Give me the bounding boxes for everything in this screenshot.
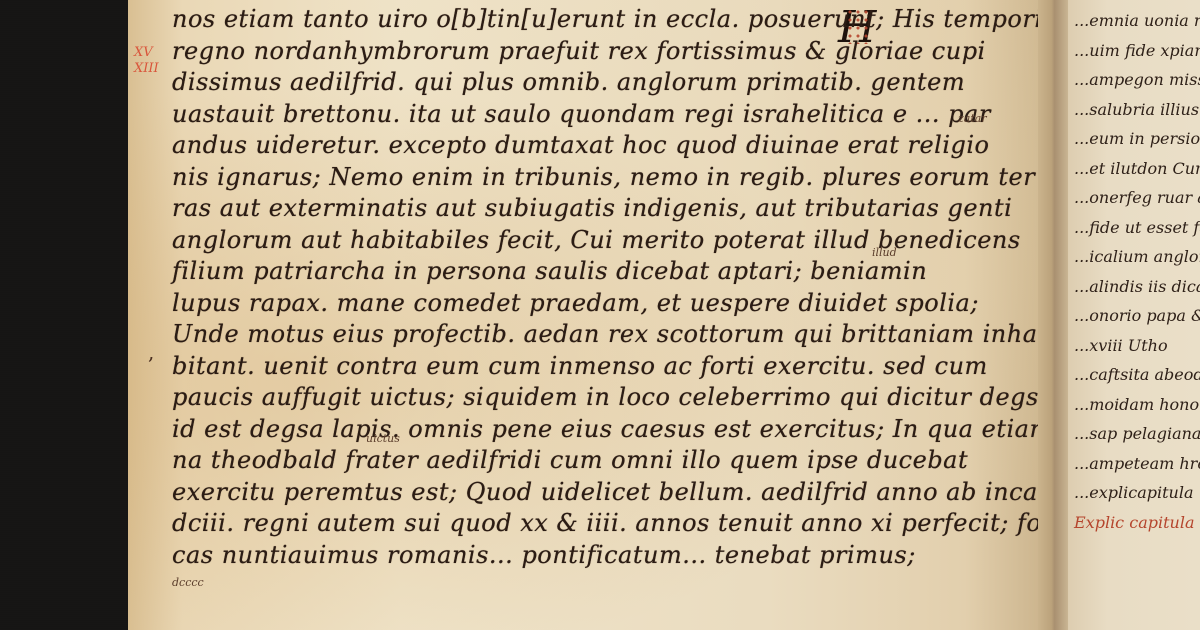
text-line: ...onerfeg ruar a <box>1074 183 1200 213</box>
text-line: ...xviii Utho <box>1074 331 1200 361</box>
black-backing-cloth <box>0 0 128 630</box>
text-line: ...sap pelagianah q <box>1074 419 1200 449</box>
text-line: filium patriarcha in persona saulis dice… <box>172 256 1042 288</box>
text-line: na theodbald frater aedilfridi cum omni … <box>172 445 1042 477</box>
text-line: ...emnia uonia rad <box>1074 6 1200 36</box>
text-line: ...et ilutdon Cum p <box>1074 154 1200 184</box>
text-line: nis ignarus; Nemo enim in tribunis, nemo… <box>172 162 1042 194</box>
text-line: ...caftsita abeodam pa <box>1074 360 1200 390</box>
text-line: ras aut exterminatis aut subiugatis indi… <box>172 193 1042 225</box>
text-line: ...eum in persione m <box>1074 124 1200 154</box>
text-line: ...explicapitula <box>1074 478 1200 508</box>
text-line: ...moidam honor & <box>1074 390 1200 420</box>
text-line: ...salubria illius <box>1074 95 1200 125</box>
text-line: ...fide ut esset factus <box>1074 213 1200 243</box>
rubric-heading: Explic capitula <box>1074 508 1200 538</box>
text-line: ...onorio papa & ho <box>1074 301 1200 331</box>
text-line: dciii. regni autem sui quod xx & iiii. a… <box>172 508 1042 540</box>
text-line: ...ampeteam hrope <box>1074 449 1200 479</box>
text-line: ...ampegon missis litte <box>1074 65 1200 95</box>
interlinear-gloss: uictus <box>366 432 400 445</box>
text-line: id est degsa lapis. omnis pene eius caes… <box>172 414 1042 446</box>
text-line: Unde motus eius profectib. aedan rex sco… <box>172 319 1042 351</box>
interlinear-gloss: illud <box>872 246 897 259</box>
text-line: exercitu peremtus est; Quod uidelicet be… <box>172 477 1042 509</box>
text-line: lupus rapax. mane comedet praedam, et ue… <box>172 288 1042 320</box>
text-line: ...alindis iis dicau <box>1074 272 1200 302</box>
recto-text-block: nos etiam tanto uiro o[b]tin[u]erunt in … <box>172 4 1042 571</box>
text-line: paucis auffugit uictus; siquidem in loco… <box>172 382 1042 414</box>
text-line: uastauit brettonu. ita ut saulo quondam … <box>172 99 1042 131</box>
verso-text-block: ...emnia uonia rad ...uim fide xpianae .… <box>1074 6 1200 537</box>
text-line: bitant. uenit contra eum cum inmenso ac … <box>172 351 1042 383</box>
text-line: anglorum aut habitabiles fecit, Cui meri… <box>172 225 1042 257</box>
interlinear-gloss: dcccc <box>172 576 204 589</box>
margin-mark: , <box>148 340 154 364</box>
rubric-chapter-number-xv: XV <box>134 46 153 60</box>
text-line: nos etiam tanto uiro o[b]tin[u]erunt in … <box>172 4 1042 36</box>
text-line: ...uim fide xpianae <box>1074 36 1200 66</box>
text-line: regno nordanhymbrorum praefuit rex forti… <box>172 36 1042 68</box>
manuscript-verso-page: ...emnia uonia rad ...uim fide xpianae .… <box>1068 0 1200 630</box>
text-line: andus uideretur. excepto dumtaxat hoc qu… <box>172 130 1042 162</box>
text-line: cas nuntiauimus romanis... pontificatum.… <box>172 540 1042 572</box>
rubric-chapter-number-xiii: XIII <box>134 62 159 76</box>
interlinear-gloss: zatar <box>958 112 987 125</box>
text-line: dissimus aedilfrid. qui plus omnib. angl… <box>172 67 1042 99</box>
book-gutter <box>1038 0 1068 630</box>
text-line: ...icalium anglorum <box>1074 242 1200 272</box>
